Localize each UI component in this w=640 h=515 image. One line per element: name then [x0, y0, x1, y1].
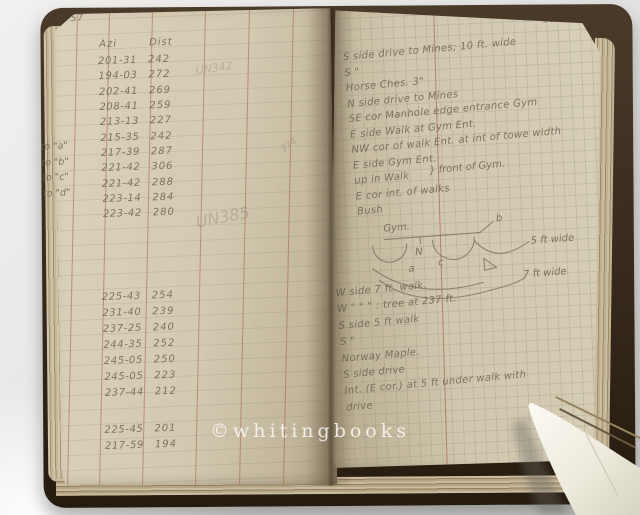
azimuth-value: 245-05 — [104, 354, 154, 367]
left-page: 57 Azi Dist 201-31 242 194-03 272 202-41… — [55, 8, 338, 488]
walk-curve-upper — [475, 237, 530, 255]
azimuth-value: 202-41 — [99, 85, 149, 98]
azimuth-value: 237-25 — [103, 322, 153, 335]
distance-value: 254 — [152, 289, 174, 301]
margin-label: to "c" — [42, 171, 70, 188]
table-row: 217-59 194 — [105, 436, 178, 455]
azimuth-value: 231-40 — [102, 306, 152, 319]
building-front-line — [384, 233, 480, 240]
distance-value: 240 — [153, 321, 175, 333]
readings-table-top: 201-31 242 194-03 272 202-41 269 208-41 … — [98, 52, 175, 222]
distance-value: 306 — [151, 161, 173, 173]
point-b-label: b — [496, 213, 503, 224]
distance-value: 252 — [153, 337, 175, 349]
watermark: ©whitingbooks — [210, 420, 410, 442]
distance-value: 242 — [150, 130, 172, 142]
gym-label: Gym. — [383, 222, 410, 235]
azimuth-value: 237-44 — [105, 386, 155, 399]
margin-label: to "b" — [41, 156, 69, 173]
distance-value: 227 — [150, 115, 172, 127]
azimuth-value: 208-41 — [99, 100, 149, 113]
bone-folder — [490, 370, 640, 515]
azimuth-value: 245-05 — [104, 370, 154, 383]
distance-value: 201 — [154, 422, 176, 434]
column-header-azi: Azi — [99, 37, 149, 50]
distance-value: 280 — [153, 207, 175, 219]
distance-value: 194 — [155, 439, 177, 451]
distance-value: 239 — [152, 305, 174, 317]
azimuth-value: 215-35 — [100, 131, 150, 144]
azimuth-value: 217-59 — [105, 439, 155, 452]
distance-value: 288 — [152, 176, 174, 188]
north-tick — [420, 237, 421, 244]
azimuth-value: 217-39 — [101, 146, 151, 159]
triangle-mark — [484, 257, 497, 270]
table-row: 223-42 280 — [103, 205, 176, 223]
column-headers: Azi Dist — [99, 37, 173, 50]
table-row: 237-44 212 — [105, 383, 178, 401]
azimuth-value: 221-42 — [101, 162, 151, 175]
azimuth-value: 223-42 — [103, 207, 153, 220]
azimuth-value: 213-13 — [100, 116, 150, 129]
width-label-top: 5 ft wide — [530, 233, 574, 247]
distance-value: 259 — [149, 100, 171, 112]
readings-table-bottom: 225-45 201 217-59 194 — [104, 420, 177, 455]
margin-labels: to "a"to "b"to "c"to "d" — [40, 140, 71, 204]
azimuth-value: 223-14 — [102, 192, 152, 205]
distance-value: 223 — [154, 369, 176, 381]
point-c-label: c — [438, 257, 445, 268]
readings-table-middle: 225-43 254 231-40 239 237-25 240 244-35 … — [102, 287, 178, 401]
margin-label: to "a" — [40, 140, 68, 157]
distance-value: 242 — [148, 54, 170, 66]
distance-value: 269 — [149, 84, 171, 96]
azimuth-value: 244-35 — [103, 338, 153, 351]
photo-open-notebook: 57 Azi Dist 201-31 242 194-03 272 202-41… — [0, 0, 640, 515]
azimuth-value: 225-45 — [104, 423, 154, 436]
azimuth-value: 194-03 — [98, 70, 148, 83]
distance-value: 287 — [151, 146, 173, 158]
distance-value: 272 — [148, 69, 170, 81]
distance-value: 284 — [152, 191, 174, 203]
survey-notes-top: S side drive to Mines; 10 ft. wideS "Hor… — [343, 29, 602, 222]
azimuth-value: 225-43 — [102, 290, 152, 303]
pointer-line-b — [479, 222, 494, 233]
north-label: N — [415, 247, 424, 259]
distance-value: 212 — [155, 385, 177, 397]
column-header-dist: Dist — [149, 37, 173, 49]
margin-label: to "d" — [43, 187, 71, 204]
point-a-label: a — [408, 263, 415, 274]
distance-value: 250 — [154, 353, 176, 365]
azimuth-value: 221-42 — [102, 177, 152, 190]
azimuth-value: 201-31 — [98, 55, 148, 68]
walk-arc-left — [373, 244, 408, 263]
